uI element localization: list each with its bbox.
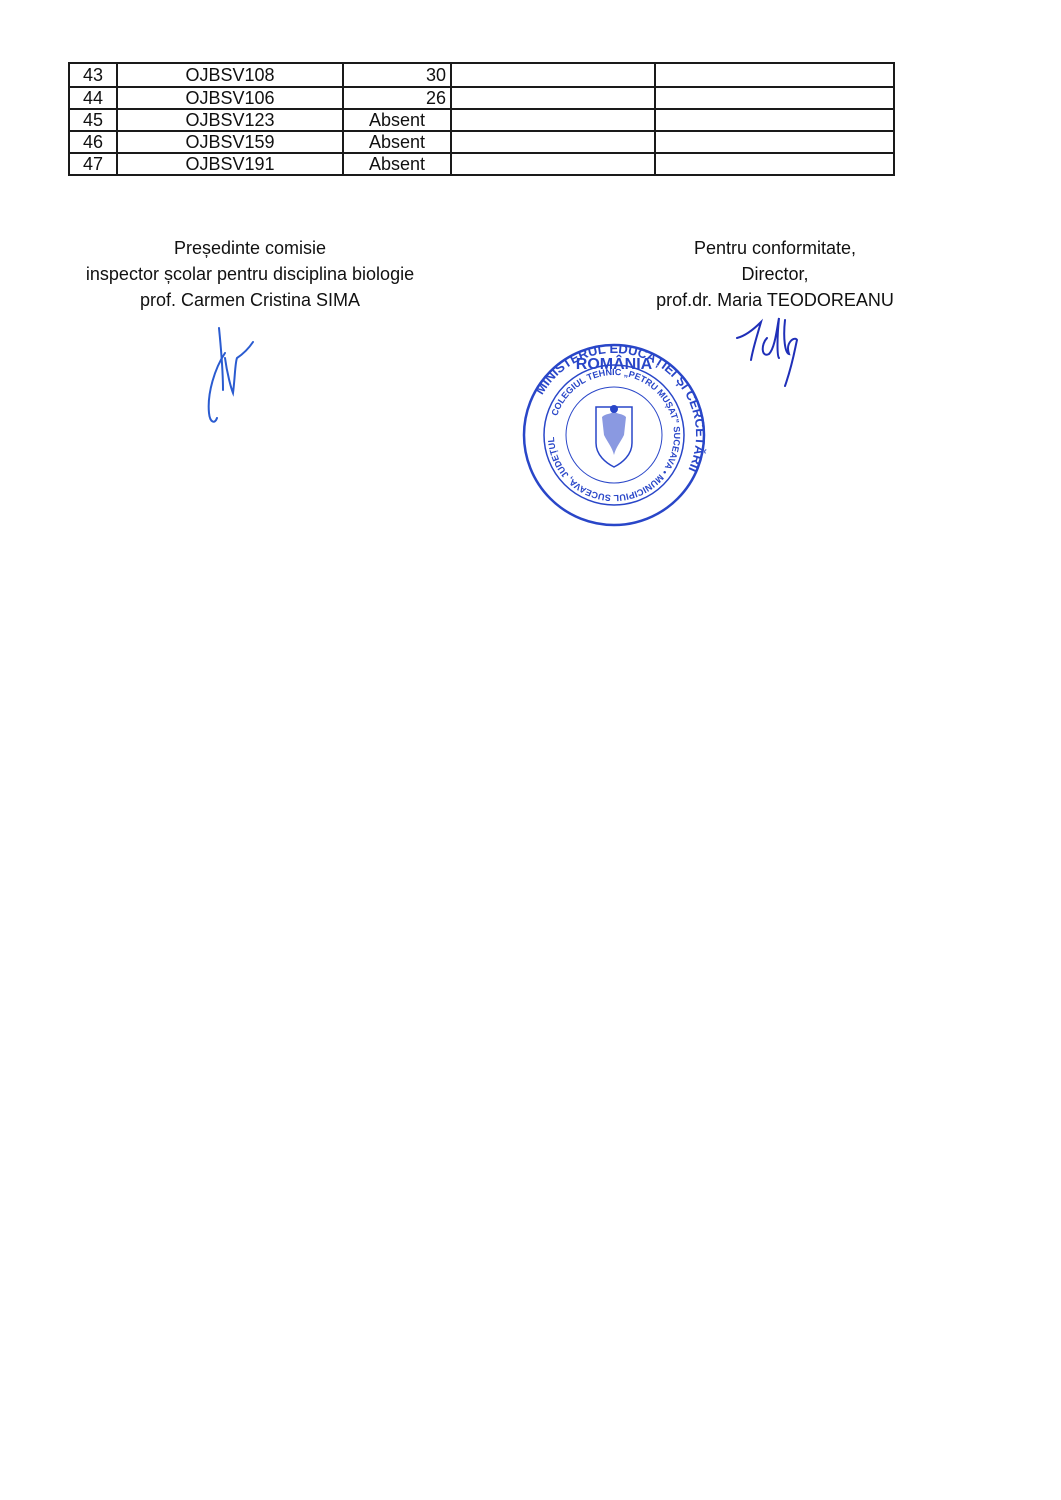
row-number: 47: [69, 153, 117, 175]
empty-cell: [655, 87, 894, 109]
president-title: Președinte comisie: [60, 235, 440, 261]
score-cell: Absent: [343, 153, 451, 175]
empty-cell: [655, 109, 894, 131]
director-conformity: Pentru conformitate,: [630, 235, 920, 261]
president-name: prof. Carmen Cristina SIMA: [60, 287, 440, 313]
document-page: 43OJBSV1083044OJBSV1062645OJBSV123Absent…: [0, 0, 1061, 1500]
participant-code: OJBSV191: [117, 153, 343, 175]
table-row: 45OJBSV123Absent: [69, 109, 894, 131]
empty-cell: [451, 87, 655, 109]
participant-code: OJBSV123: [117, 109, 343, 131]
score-cell: 30: [343, 63, 451, 87]
row-number: 45: [69, 109, 117, 131]
score-cell: 26: [343, 87, 451, 109]
table-row: 47OJBSV191Absent: [69, 153, 894, 175]
participant-code: OJBSV159: [117, 131, 343, 153]
director-title: Director,: [630, 261, 920, 287]
empty-cell: [655, 153, 894, 175]
row-number: 43: [69, 63, 117, 87]
empty-cell: [451, 109, 655, 131]
score-cell: Absent: [343, 131, 451, 153]
empty-cell: [451, 153, 655, 175]
empty-cell: [655, 63, 894, 87]
score-cell: Absent: [343, 109, 451, 131]
empty-cell: [451, 63, 655, 87]
commission-president-block: Președinte comisie inspector școlar pent…: [60, 235, 440, 313]
president-signature-icon: [195, 318, 265, 428]
official-stamp-icon: MINISTERUL EDUCAȚIEI ȘI CERCETĂRII COLEG…: [518, 343, 710, 527]
table-row: 44OJBSV10626: [69, 87, 894, 109]
empty-cell: [655, 131, 894, 153]
president-role: inspector școlar pentru disciplina biolo…: [60, 261, 440, 287]
svg-text:ROMÂNIA: ROMÂNIA: [576, 354, 653, 373]
empty-cell: [451, 131, 655, 153]
table-row: 46OJBSV159Absent: [69, 131, 894, 153]
director-signature-icon: [735, 308, 805, 393]
row-number: 46: [69, 131, 117, 153]
participant-code: OJBSV108: [117, 63, 343, 87]
participant-code: OJBSV106: [117, 87, 343, 109]
director-block: Pentru conformitate, Director, prof.dr. …: [630, 235, 920, 313]
results-table: 43OJBSV1083044OJBSV1062645OJBSV123Absent…: [68, 62, 895, 176]
table-row: 43OJBSV10830: [69, 63, 894, 87]
row-number: 44: [69, 87, 117, 109]
